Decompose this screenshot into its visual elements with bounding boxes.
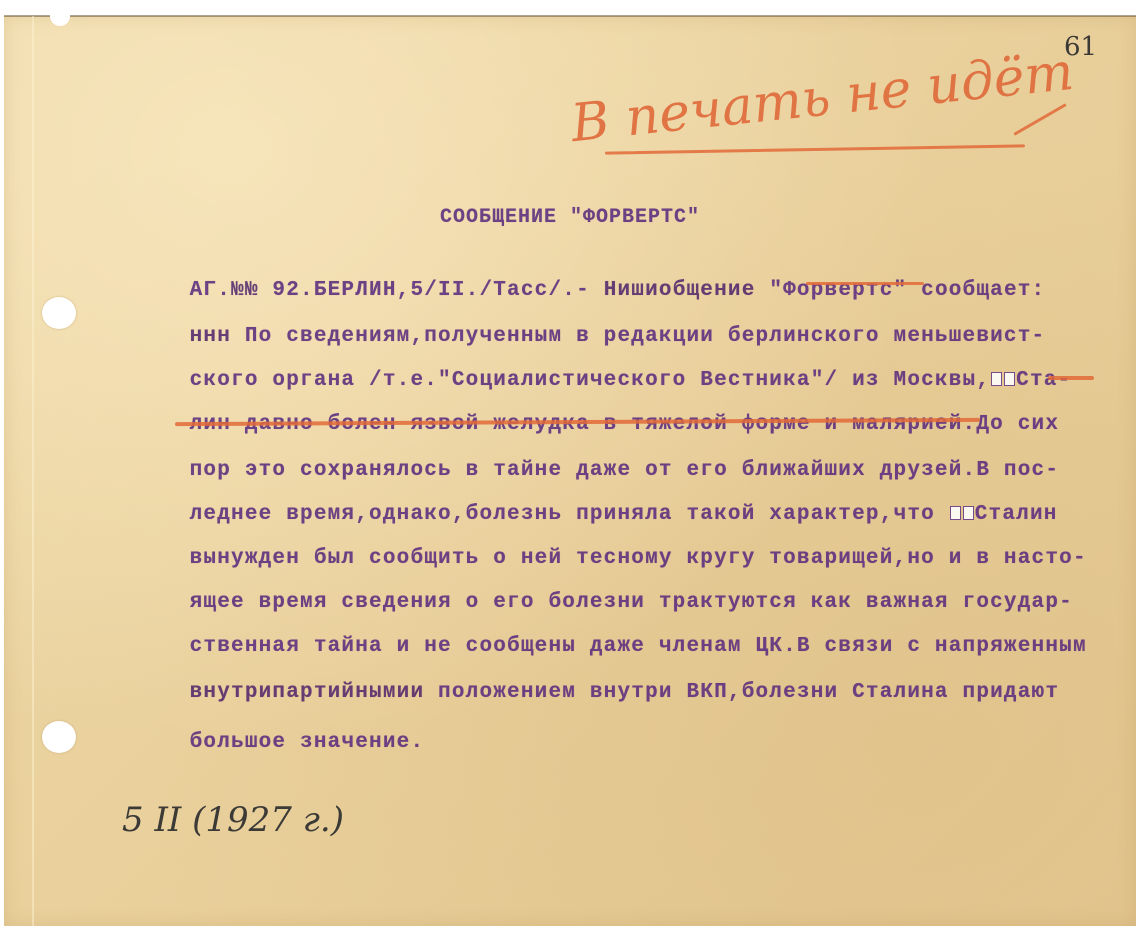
correction-box [991,372,1002,386]
line-text: положением внутри ВКП,болезни Сталина пр… [424,681,1059,704]
correction-box [950,506,961,520]
body-line-5: пор это сохранялось в тайне даже от его … [162,436,1059,482]
line-text: леднее время,однако,болезнь приняла тако… [190,503,949,526]
line-text: Сталин [975,503,1058,526]
line-text: ящее время сведения о его болезни тракту… [190,591,1073,614]
line-text: пор это сохранялось в тайне даже от его … [190,459,1060,482]
body-line-6: леднее время,однако,болезнь приняла тако… [162,480,1058,526]
dateline: 92.БЕРЛИН,5/II./Тасс/.- [259,279,604,302]
correction-box [963,506,974,520]
struck-text: Нишиобщение [604,279,756,302]
line-text: Ста- [1016,369,1071,392]
line-text: вынужден был сообщить о ней тесному круг… [190,547,1087,570]
correction-box [1004,372,1015,386]
body-line-3: ского органа /т.е."Социалистического Вес… [162,346,1071,392]
struck-text: №№ [231,279,259,302]
body-line-4: лин давно болен язвой желудка в тяжелой … [162,390,1059,436]
stalin-underline-start [1048,376,1094,380]
paper-top-edge [4,15,1136,17]
punch-hole-bottom [42,721,76,753]
line-text: большое значение. [190,731,425,754]
line-text: ственная тайна и не сообщены даже членам… [190,635,1087,658]
body-line-10: внутрипартийнымии положением внутри ВКП,… [162,658,1059,704]
forverts-underline [806,282,924,285]
paper-fold-line [32,16,34,926]
body-line-9: ственная тайна и не сообщены даже членам… [162,612,1087,658]
body-line-2: ннн По сведениям,полученным в редакции б… [162,302,1045,348]
struck-text: внутрипартийнымии [190,681,425,704]
body-line-1: АГ.№№ 92.БЕРЛИН,5/II./Тасс/.- Нишиобщени… [162,256,1045,302]
document-title: СООБЩЕНИЕ "ФОРВЕРТС" [440,206,700,229]
pencil-date-note: 5 II (1927 г.) [122,800,344,840]
body-line-7: вынужден был сообщить о ней тесному круг… [162,524,1087,570]
body-line-8: ящее время сведения о его болезни тракту… [162,568,1073,614]
punch-hole-top [42,297,76,329]
line-text: По сведениям,полученным в редакции берли… [231,325,1045,348]
agency-prefix: АГ. [190,279,231,302]
body-line-11: большое значение. [162,708,424,754]
struck-text: ннн [190,325,231,348]
line-text: ского органа /т.е."Социалистического Вес… [190,369,991,392]
